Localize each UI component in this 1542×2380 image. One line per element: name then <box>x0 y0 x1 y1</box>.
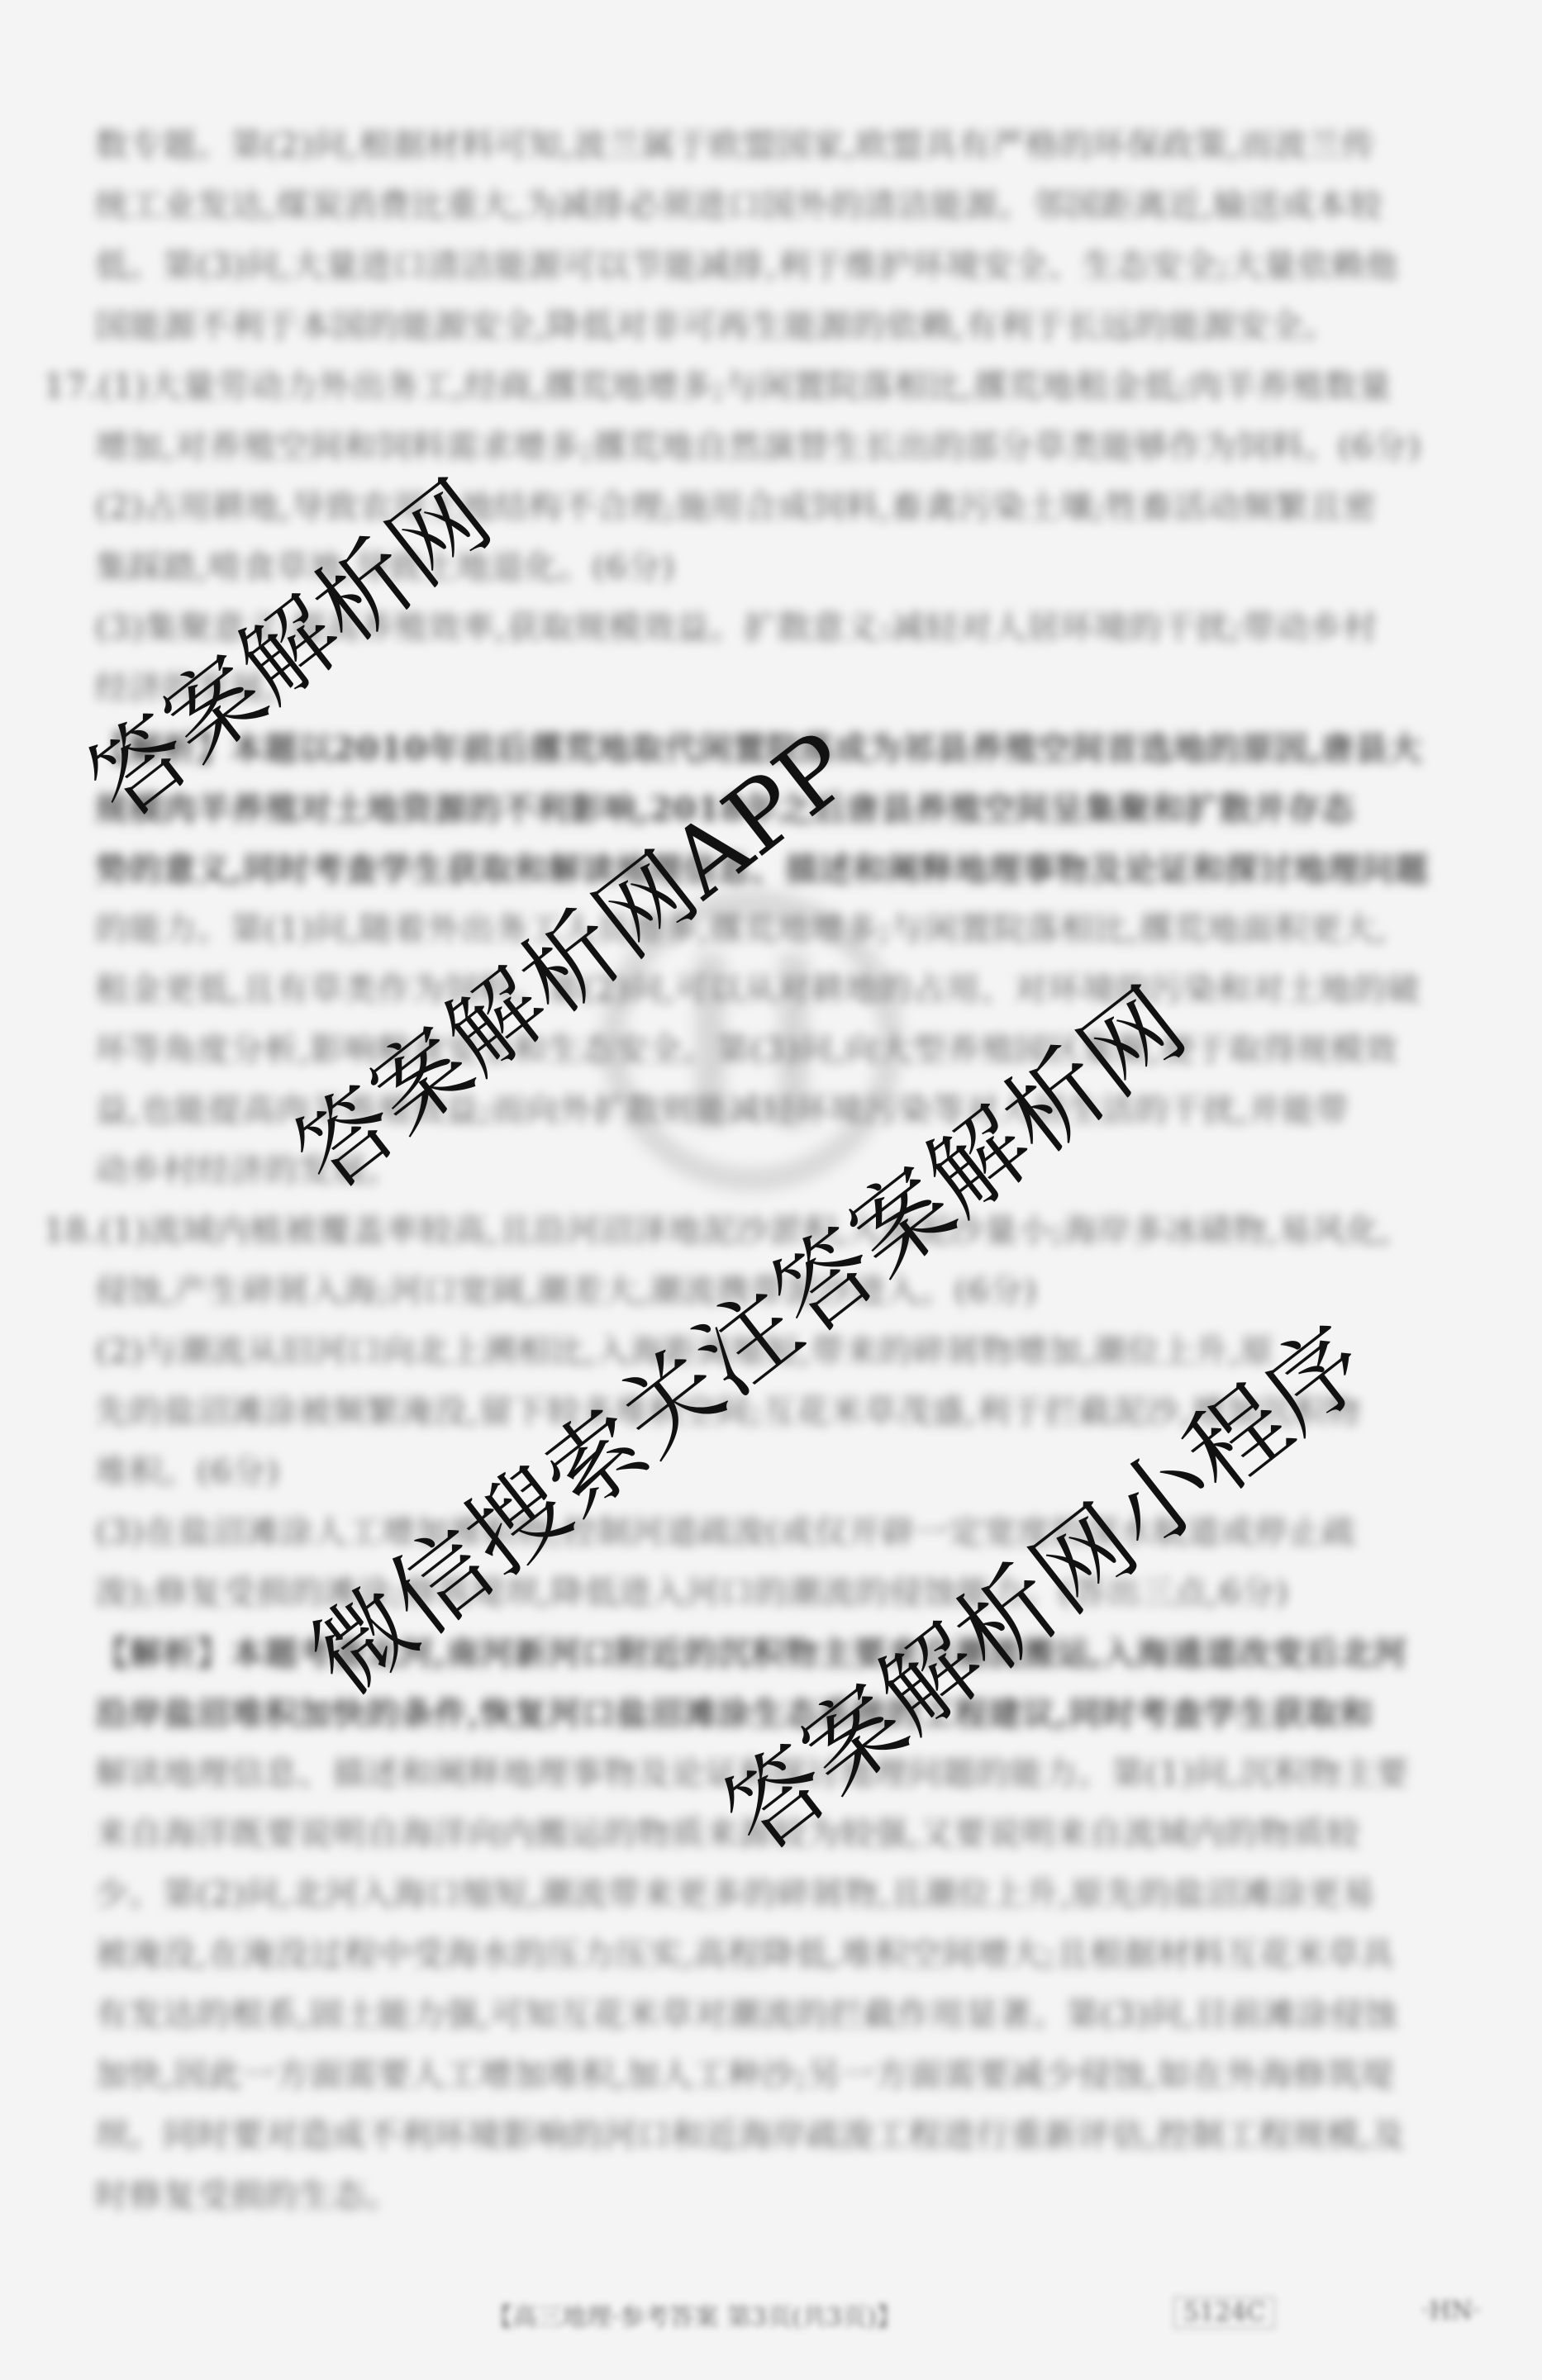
text-line: 坝。同时要对造成不利环境影响的河口和近海岸疏浚工程进行重新评估,控制工程规模,及 <box>95 2106 1508 2166</box>
text-line: 租金更低,且有草类作为饲料。第(2)问,可以从对耕地的占用、对环境的污染和对土地… <box>95 960 1508 1020</box>
footer-page-info: 【高三地理·参考答案 第3页(共3页)】 <box>488 2297 902 2333</box>
text-line: 统工业发达,煤炭消费比重大,为减排必须进口国外的清洁能源。邻国距离近,输送成本较 <box>95 176 1508 236</box>
text-line: 的能力。第(1)问,随着外出务工人员增多,撂荒地增多;与闲置院落相比,撂荒地面积… <box>95 900 1508 960</box>
text-line: 有发达的根系,固土能力强,可知互花米草对潮流的拦截作用显著。第(3)问,目前滩涂… <box>95 1985 1508 2045</box>
text-line: 加快,因此一方面需要人工增加堆积,加人工种沙;另一方面需要减少侵蚀,如在外海修筑… <box>95 2045 1508 2106</box>
text-line: 少。第(2)问,北河入海口缩短,潮流带来更多的碎屑物,且潮位上升,原先的盐沼滩涂… <box>95 1865 1508 1925</box>
text-line: 坏等角度分析,影响粮食安全和生态安全。第(3)问,向大型养殖园区集聚,便于取得规… <box>95 1020 1508 1081</box>
footer-code: 5124C <box>1173 2297 1275 2329</box>
text-line: 数专题。第(2)问,根据材料可知,波兰属于欧盟国家,欧盟具有严格的环保政策,而波… <box>95 116 1508 176</box>
page-footer: 【高三地理·参考答案 第3页(共3页)】 5124C ·HN· <box>488 2297 1504 2338</box>
text-line: (2)占用耕地,导致农用土地结构不合理;施用合成饲料,畜禽污染土壤;牲畜活动频繁… <box>95 477 1508 538</box>
answer-content: 数专题。第(2)问,根据材料可知,波兰属于欧盟国家,欧盟具有严格的环保政策,而波… <box>95 116 1508 2226</box>
text-line: (3)在盐沼滩涂人工增加堆积物;控制河道疏浚(或仅开辟一定宽度的深水航道或停止疏 <box>95 1503 1508 1563</box>
question-line: 17.(1)大量劳动力外出务工,经商,撂荒地增多;与闲置院落相比,撂荒地租金低;… <box>44 357 1508 417</box>
text-line: 增加,对养殖空间和饲料需求增多;撂荒地自然演替生长出的部分草类能够作为饲料。(6… <box>95 417 1508 477</box>
text-line: 时修复受损的生态。 <box>95 2166 1508 2226</box>
text-line: 被淹没,在淹没过程中受海水的压力压实,高程降低,堆积空间增大;且根据材料互花米草… <box>95 1925 1508 1985</box>
text-line: 国能源不利于本国的能源安全,降低对非可再生能源的依赖,有利于长远的能源安全。 <box>95 297 1508 357</box>
footer-region: ·HN· <box>1421 2297 1480 2325</box>
document-page: 数专题。第(2)问,根据材料可知,波兰属于欧盟国家,欧盟具有严格的环保政策,而波… <box>0 0 1542 2380</box>
text-line: 低。第(3)问,大量进口清洁能源可以节能减排,利于维护环境安全、生态安全;大量依… <box>95 236 1508 297</box>
